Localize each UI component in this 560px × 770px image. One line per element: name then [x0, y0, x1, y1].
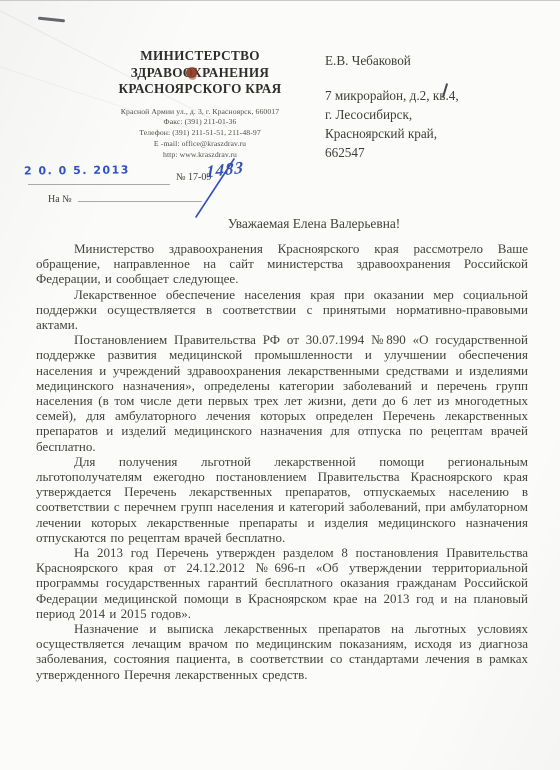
recipient-name: Е.В. Чебаковой: [325, 52, 459, 69]
reply-reference-blank: [78, 201, 202, 202]
ministry-name-line: МИНИСТЕРСТВО: [90, 48, 310, 65]
sender-address: Красной Армии ул., д. 3, г. Красноярск, …: [90, 107, 310, 118]
recipient-address-line: 7 микрорайон, д.2, кв.4,: [325, 86, 459, 105]
sender-fax: Факс: (391) 211-01-36: [90, 117, 310, 128]
scanned-letter-page: МИНИСТЕРСТВО ЗДРАВООХРАНЕНИЯ КРАСНОЯРСКО…: [0, 0, 560, 770]
salutation: Уважаемая Елена Валерьевна!: [68, 216, 560, 232]
sender-phone: Телефон: (391) 211-51-51, 211-48-97: [90, 128, 310, 139]
paragraph: Постановлением Правительства РФ от 30.07…: [36, 332, 528, 454]
recipient-block: Е.В. Чебаковой 7 микрорайон, д.2, кв.4, …: [325, 52, 459, 162]
scan-edge-line: [0, 0, 560, 1]
ministry-name-line: КРАСНОЯРСКОГО КРАЯ: [90, 81, 310, 98]
paragraph: Лекарственное обеспечение населения края…: [36, 287, 528, 333]
sender-email: E -mail: office@kraszdrav.ru: [90, 139, 310, 150]
recipient-address-line: г. Лесосибирск,: [325, 105, 459, 124]
pen-mark: [38, 17, 65, 22]
recipient-address-line: Красноярский край,: [325, 124, 459, 143]
sender-contacts: Красной Армии ул., д. 3, г. Красноярск, …: [90, 107, 310, 161]
paragraph: Для получения льготной лекарственной пом…: [36, 454, 528, 545]
recipient-address: 7 микрорайон, д.2, кв.4, г. Лесосибирск,…: [325, 86, 459, 162]
reply-reference-label: На №: [48, 194, 72, 205]
pen-stroke: [186, 155, 242, 221]
date-stamp: 2 0. 0 5. 2013: [24, 163, 130, 177]
ministry-name-line: ЗДРАВООХРАНЕНИЯ: [90, 65, 310, 82]
reply-reference-row: На №: [48, 194, 202, 205]
paragraph: Министерство здравоохранения Красноярско…: [36, 241, 528, 287]
paragraph: На 2013 год Перечень утвержден разделом …: [36, 545, 528, 621]
ministry-name-line-text: ЗДРАВООХРАНЕНИЯ: [131, 65, 269, 80]
paragraph: Назначение и выписка лекарственных препа…: [36, 621, 528, 682]
sender-block: МИНИСТЕРСТВО ЗДРАВООХРАНЕНИЯ КРАСНОЯРСКО…: [90, 48, 310, 160]
ministry-name: МИНИСТЕРСТВО ЗДРАВООХРАНЕНИЯ КРАСНОЯРСКО…: [90, 48, 310, 98]
letter-body: Министерство здравоохранения Красноярско…: [36, 241, 528, 682]
date-underline: [28, 184, 170, 185]
recipient-address-line: 662547: [325, 143, 459, 162]
